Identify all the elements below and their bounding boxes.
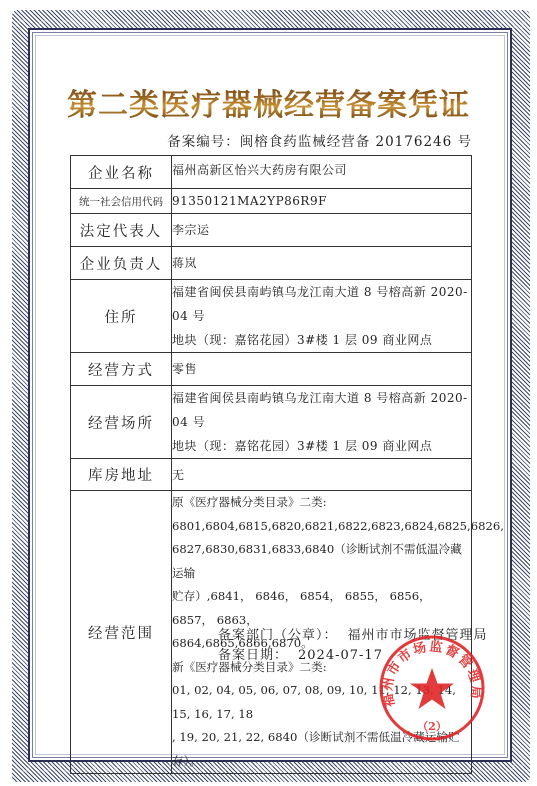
table-row-legal-rep: 法定代表人 李宗运 [71, 214, 472, 247]
value-warehouse: 无 [172, 459, 472, 491]
table-row-credit-code: 统一社会信用代码 91350121MA2YP86R9F [71, 189, 472, 214]
value-credit-code: 91350121MA2YP86R9F [172, 189, 472, 214]
seal-number: （2） [417, 720, 447, 733]
seal-star-icon [410, 668, 454, 709]
value-business-mode: 零售 [172, 353, 472, 386]
value-legal-rep: 李宗运 [172, 214, 472, 247]
official-seal-icon: 福州市市场监督管理局 （2） [378, 634, 486, 742]
table-row-person-in-charge: 企业负责人 蒋岚 [71, 247, 472, 280]
scope-line-4: 贮存）,6841， 6846， 6854， 6855， 6856， 6857， … [172, 585, 471, 632]
table-row-business-mode: 经营方式 零售 [71, 353, 472, 386]
record-number-label: 备案编号： [167, 134, 240, 150]
scope-line-2: 6801,6804,6815,6820,6821,6822,6823,6824,… [172, 515, 471, 539]
premises-line-2: 地块（现：嘉铭花园）3#楼 1 层 09 商业网点 [172, 434, 471, 458]
label-business-mode: 经营方式 [71, 353, 172, 386]
label-business-scope: 经营范围 [71, 491, 172, 774]
label-residence: 住所 [71, 280, 172, 353]
scope-line-1: 原《医疗器械分类目录》二类: [172, 491, 471, 515]
residence-line-2: 地块（现：嘉铭花园）3#楼 1 层 09 商业网点 [172, 328, 471, 352]
scope-line-3: 6827,6830,6831,6833,6840（诊断试剂不需低温冷藏运输 [172, 538, 471, 585]
label-credit-code: 统一社会信用代码 [71, 189, 172, 214]
department-label: 备案部门（公章）： [218, 628, 338, 643]
value-person-in-charge: 蒋岚 [172, 247, 472, 280]
value-business-premises: 福建省闽侯县南屿镇乌龙江南大道 8 号榕高新 2020-04 号 地块（现：嘉铭… [172, 386, 472, 459]
table-row-warehouse: 库房地址 无 [71, 459, 472, 491]
label-legal-rep: 法定代表人 [71, 214, 172, 247]
value-residence: 福建省闽侯县南屿镇乌龙江南大道 8 号榕高新 2020-04 号 地块（现：嘉铭… [172, 280, 472, 353]
premises-line-1: 福建省闽侯县南屿镇乌龙江南大道 8 号榕高新 2020-04 号 [172, 386, 471, 434]
label-business-premises: 经营场所 [71, 386, 172, 459]
label-person-in-charge: 企业负责人 [71, 247, 172, 280]
record-number-value: 闽榕食药监械经营备 20176246 号 [240, 134, 472, 150]
date-value: 2024-07-17 [298, 648, 383, 663]
table-row-business-premises: 经营场所 福建省闽侯县南屿镇乌龙江南大道 8 号榕高新 2020-04 号 地块… [71, 386, 472, 459]
document-title: 第二类医疗器械经营备案凭证 [40, 80, 497, 124]
date-label: 备案日期： [218, 648, 288, 663]
table-row-company-name: 企业名称 福州高新区怡兴大药房有限公司 [71, 156, 472, 189]
value-company-name: 福州高新区怡兴大药房有限公司 [172, 156, 472, 189]
label-warehouse: 库房地址 [71, 459, 172, 491]
residence-line-1: 福建省闽侯县南屿镇乌龙江南大道 8 号榕高新 2020-04 号 [172, 280, 471, 328]
table-row-residence: 住所 福建省闽侯县南屿镇乌龙江南大道 8 号榕高新 2020-04 号 地块（现… [71, 280, 472, 353]
label-company-name: 企业名称 [71, 156, 172, 189]
record-number: 备案编号：闽榕食药监械经营备 20176246 号 [167, 130, 472, 150]
